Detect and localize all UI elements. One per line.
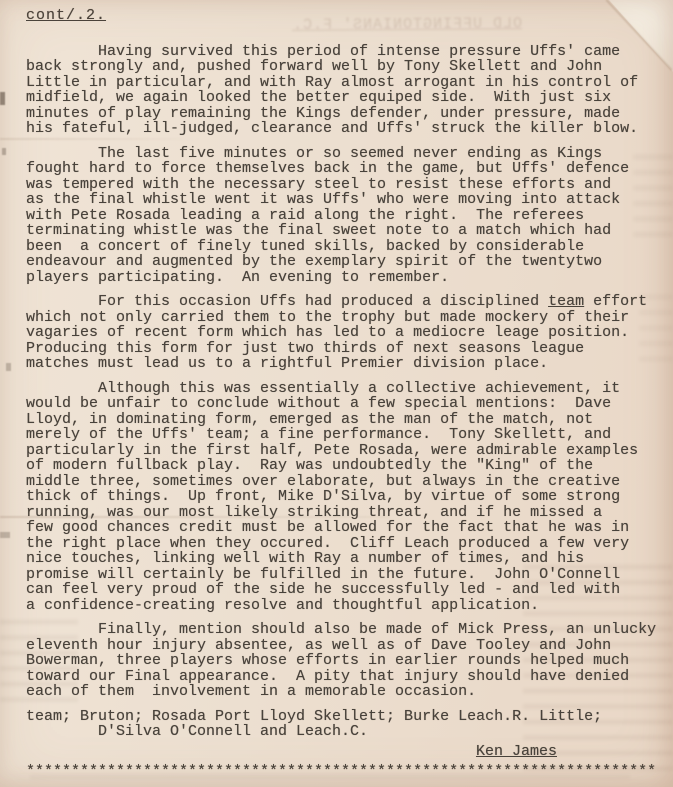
paragraph: For this occasion Uffs had produced a di… (26, 294, 659, 372)
paragraph: Finally, mention should also be made of … (26, 622, 659, 700)
typewritten-page: cont/.2. Having survived this period of … (0, 0, 673, 780)
paragraph: Having survived this period of intense p… (26, 44, 659, 137)
team-list: team; Bruton; Rosada Port Lloyd Skellett… (26, 709, 659, 740)
paragraph: Although this was essentially a collecti… (26, 381, 659, 614)
author-signature: Ken James (476, 744, 557, 760)
paragraph: The last five minutes or so seemed never… (26, 146, 659, 286)
body-paragraphs: Having survived this period of intense p… (26, 44, 659, 700)
asterisk-divider: ****************************************… (26, 764, 659, 780)
signature-row: Ken James (26, 744, 659, 760)
page-continuation-header: cont/.2. (26, 8, 106, 24)
